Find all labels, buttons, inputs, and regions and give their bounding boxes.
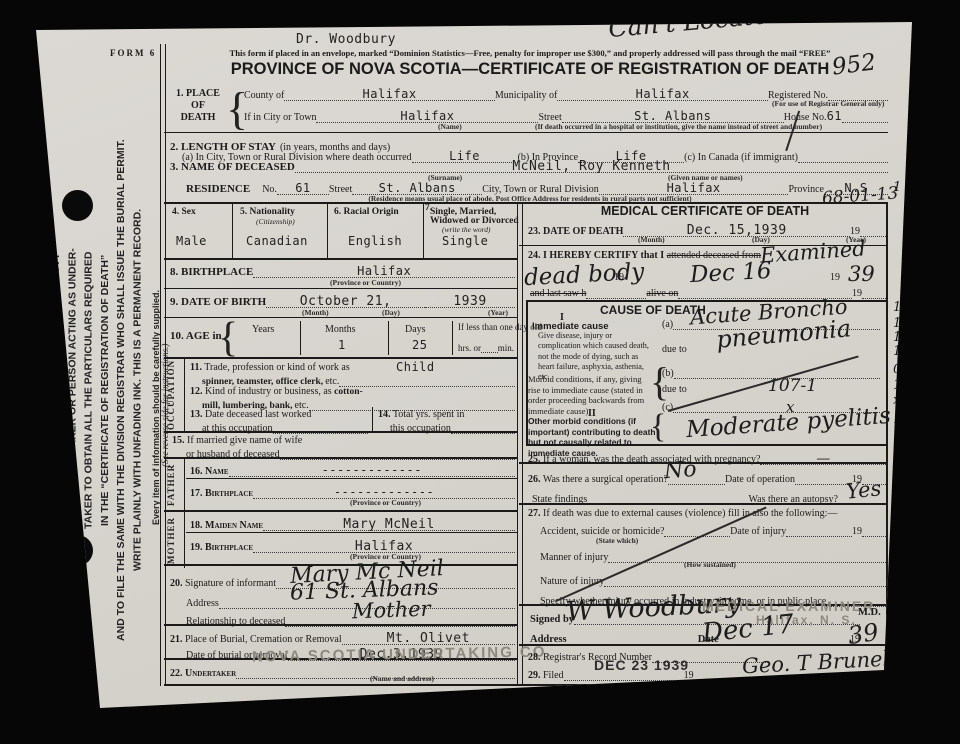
q25-value: —: [816, 451, 830, 467]
father-birthplace-value: -------------: [334, 485, 434, 499]
marital-no: 7.: [425, 203, 432, 213]
nationality-value: Canadian: [246, 234, 308, 248]
certificate-paper: FORM 6 SEC. 46—VITAL STATISTICS ACT MAKE…: [0, 0, 960, 744]
name-line: McNeil, Roy Kenneth: [295, 158, 888, 173]
name-of-deceased-label: 3. NAME OF DECEASED: [170, 161, 295, 173]
cause-dueto-1: due to: [662, 344, 687, 355]
age-min-label: min.: [498, 343, 514, 353]
mail-notice: This form if placed in an envelope, mark…: [172, 48, 888, 58]
form-number: FORM 6: [110, 48, 156, 58]
last-saw-19: 19: [852, 288, 862, 299]
margin-mark: 1: [893, 440, 901, 455]
street-value: St. Albans: [634, 109, 711, 123]
mother-side-label: MOTHER: [166, 514, 180, 566]
certify-19b-printed: 19: [830, 272, 840, 283]
margin-mark: 3: [893, 568, 901, 583]
name-value: McNeil, Roy Kenneth: [512, 159, 670, 174]
birth-month-day-line: October 21,: [266, 293, 425, 308]
city-town-value: Halifax: [400, 109, 454, 123]
birth-year-line: 1939: [425, 293, 515, 308]
mother-maiden-line: Mary McNeil: [263, 516, 515, 531]
city-name-note: (Name): [438, 122, 462, 131]
q27-19: 19: [852, 526, 862, 537]
margin-mark: 1: [893, 300, 901, 315]
father-name-value: -------------: [322, 463, 422, 477]
birth-month-day-value: October 21,: [300, 294, 392, 309]
father-side-label: FATHER: [166, 460, 180, 510]
undertaker-note: (Name and address): [370, 674, 434, 683]
cause-b-label: (b): [662, 368, 674, 379]
q27c-label: Manner of injury: [540, 552, 608, 563]
informant-sig-label: 20. Signature of informant: [170, 578, 276, 589]
typed-doctor-name: Dr. Woodbury: [296, 32, 396, 47]
date-of-death-value: Dec. 15,1939: [687, 223, 787, 238]
q27c-note: (How sustained): [684, 560, 736, 569]
q27-label: 27. If death was due to external causes …: [528, 508, 837, 519]
filed-date-stamp: DEC 23 1939: [594, 657, 689, 673]
place-of-death-label: 1. PLACE OF DEATH: [170, 88, 226, 124]
medical-certificate-header: MEDICAL CERTIFICATE OF DEATH: [530, 204, 880, 218]
undertaker-label: 22. Undertaker: [170, 668, 236, 679]
margin-notice: SEC. 46—VITAL STATISTICS ACT MAKES IT TH…: [48, 80, 144, 700]
residence-no-value: 61: [295, 181, 310, 195]
informant-addr-label: Address: [186, 598, 219, 609]
cause-dueto-2: due to: [662, 384, 687, 395]
certify-19-printed: 19: [614, 272, 624, 283]
age-months-label: Months: [325, 324, 356, 335]
dod-month-note: (Month): [638, 235, 665, 244]
marital-value: Single: [442, 234, 488, 248]
margin-mark: x: [893, 393, 900, 408]
filed-label: 29. Filed: [528, 670, 564, 681]
birthplace-line: Halifax: [253, 263, 515, 278]
registered-no-handwritten: 952: [831, 49, 878, 80]
racial-origin-label: 6. Racial Origin: [334, 207, 399, 217]
registrar-general-note: (For use of Registrar General only): [772, 99, 884, 108]
age-days-label: Days: [405, 324, 426, 335]
house-no-value: 61: [827, 109, 842, 123]
informant-relationship: Mother: [352, 597, 431, 624]
mother-maiden-value: Mary McNeil: [343, 517, 435, 532]
street-line: St. Albans: [562, 108, 784, 123]
residence-no-line: 61: [277, 180, 329, 195]
racial-origin-value: English: [348, 234, 402, 248]
day-note: (Day): [382, 308, 400, 317]
year-note: (Year): [488, 308, 508, 317]
residence-street-line: St. Albans: [352, 180, 482, 195]
q26b-label: Date of operation: [725, 474, 795, 485]
date-of-death-label: 23. DATE OF DEATH: [528, 226, 623, 237]
q26d-value: Yes: [845, 476, 883, 504]
division-registrar-note: (Division Registrar): [788, 674, 852, 683]
father-name-line: -------------: [229, 462, 515, 477]
birthplace-label: 8. BIRTHPLACE: [170, 266, 253, 278]
q26-label: 26. Was there a surgical operation?: [528, 474, 668, 485]
county-line: Halifax: [284, 86, 495, 101]
q27b-label: Date of injury: [730, 526, 786, 537]
hospital-note: (If death occurred in a hospital or inst…: [535, 122, 822, 131]
margin-mark: 1: [893, 540, 901, 555]
nationality-label: 5. Nationality: [240, 207, 295, 217]
municipality-label: Municipality of: [495, 90, 558, 101]
county-label: County of: [244, 90, 284, 101]
father-name-label: 16. Name: [190, 466, 229, 477]
burial-place-label: 21. Place of Burial, Cremation or Remova…: [170, 634, 342, 645]
margin-mark: 1: [893, 316, 901, 331]
margin-mark: 1: [893, 330, 901, 345]
county-value: Halifax: [363, 87, 417, 101]
margin-mark: 0: [893, 458, 901, 473]
cause-ii-brace: {: [650, 408, 666, 446]
city-town-label: If in City or Town: [244, 112, 316, 123]
age-brace: {: [218, 314, 238, 362]
burial-place-value: Mt. Olivet: [387, 631, 470, 646]
burial-place-line: Mt. Olivet: [342, 630, 515, 645]
birth-year-value: 1939: [453, 294, 486, 309]
last-saw-struck: and last saw h: [530, 288, 586, 299]
date-of-birth-label: 9. DATE OF BIRTH: [170, 296, 266, 308]
cause-a-label: (a): [662, 319, 673, 330]
occ-11-value: Child: [396, 360, 435, 374]
write-the-word-note: (write the word): [442, 225, 490, 234]
sex-value: Male: [176, 234, 207, 248]
occupation-side-label: OCCUPATION: [166, 360, 180, 430]
residence-street-value: St. Albans: [379, 181, 456, 195]
father-birthplace-label: 17. Birthplace: [190, 488, 253, 499]
mother-maiden-label: 18. Maiden Name: [190, 520, 263, 531]
age-hrs-label: hrs. or: [458, 343, 481, 353]
md-label: M.D.: [858, 607, 881, 618]
age-years-label: Years: [252, 324, 274, 335]
scanned-death-certificate: { "document": { "form_no": "FORM 6", "ty…: [0, 0, 960, 744]
margin-mark: 1: [893, 344, 901, 359]
birthplace-note: (Province or Country): [330, 278, 401, 287]
column-divider: [517, 202, 523, 686]
margin-supplied-note: Every item of information should be care…: [143, 110, 155, 700]
father-birthplace-note: (Province or Country): [350, 498, 421, 507]
mother-birthplace-label: 19. Birthplace: [190, 542, 253, 553]
margin-mark: 13: [893, 412, 910, 427]
residence-division-line: Halifax: [599, 180, 789, 195]
margin-mark: 2: [893, 554, 901, 569]
sex-label: 4. Sex: [172, 207, 196, 217]
citizenship-note: (Citizenship): [256, 217, 295, 226]
residence-label: RESIDENCE: [186, 183, 250, 195]
municipality-line: Halifax: [557, 86, 768, 101]
age-months-value: 1: [338, 338, 346, 352]
age-label: 10. AGE in: [170, 330, 222, 342]
q26-value: No: [663, 457, 697, 484]
certificate-title: PROVINCE OF NOVA SCOTIA—CERTIFICATE OF R…: [172, 60, 888, 79]
margin-mark: 1: [893, 180, 901, 195]
alive-on-struck: alive on: [646, 288, 678, 299]
margin-mark: 1: [893, 378, 901, 393]
residence-division-value: Halifax: [667, 181, 721, 195]
month-note: (Month): [302, 308, 329, 317]
father-birthplace-line: -------------: [253, 484, 515, 499]
birthplace-value: Halifax: [357, 264, 411, 278]
house-no-line: [842, 108, 888, 123]
municipality-value: Halifax: [636, 87, 690, 101]
margin-mark: 1: [893, 472, 901, 487]
occ-11-line: [339, 372, 515, 387]
certify-hand-year: 39: [848, 262, 875, 286]
handwritten-annotation: Can't Locate Birth: [607, 0, 841, 43]
margin-mark: 0: [893, 362, 901, 377]
q27a-note: (State which): [596, 536, 638, 545]
city-town-line: Halifax: [316, 108, 538, 123]
mother-birthplace-line: Halifax: [253, 538, 515, 553]
age-days-value: 25: [412, 338, 427, 352]
